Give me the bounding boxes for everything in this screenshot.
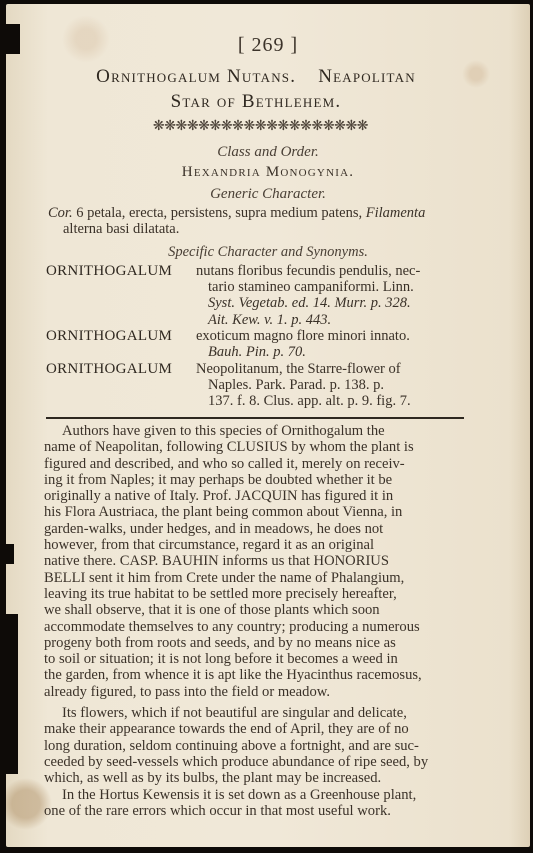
body-line: In the Hortus Kewensis it is set down as… bbox=[44, 787, 464, 803]
body-line: one of the rare errors which occur in th… bbox=[44, 803, 464, 819]
body-paragraph-1: Authors have given to this species of Or… bbox=[44, 423, 464, 700]
body-line: BELLI sent it him from Crete under the n… bbox=[44, 570, 464, 586]
synonym-line: exoticum magno flore minori innato. bbox=[196, 328, 464, 344]
cor-label: Cor. bbox=[48, 205, 73, 221]
body-line: accommodate themselves to any country; p… bbox=[44, 619, 464, 635]
synonym-description: Neopolitanum, the Starre-flower of Naple… bbox=[202, 361, 464, 410]
horizontal-rule bbox=[46, 417, 464, 419]
synonym-genus: ORNITHOGALUM bbox=[46, 328, 172, 344]
synonym-line: Ait. Kew. v. 1. p. 443. bbox=[202, 312, 464, 328]
synonym-genus: ORNITHOGALUM bbox=[46, 263, 172, 279]
generic-heading: Generic Character. bbox=[6, 186, 530, 203]
body-line: ing it from Naples; it may perhaps be do… bbox=[44, 472, 464, 488]
body-line: however, from that circumstance, regard … bbox=[44, 537, 464, 553]
synonym-line: Neopolitanum, the Starre-flower of bbox=[196, 361, 464, 377]
body-line: long duration, seldom continuing above a… bbox=[44, 738, 464, 754]
synonym-entry: ORNITHOGALUM exoticum magno flore minori… bbox=[46, 328, 466, 364]
body-line: we shall observe, that it is one of thos… bbox=[44, 602, 464, 618]
synonym-genus: ORNITHOGALUM bbox=[46, 361, 172, 377]
synonym-line: Naples. Park. Parad. p. 138. p. bbox=[202, 377, 464, 393]
synonym-description: nutans floribus fecundis pendulis, nec- … bbox=[202, 263, 464, 328]
ornament-divider: ❋❋❋❋❋❋❋❋❋❋❋❋❋❋❋❋❋❋❋ bbox=[128, 118, 393, 134]
title-common-1: Neapolitan bbox=[318, 66, 416, 87]
body-line: already figured, to pass into the field … bbox=[44, 684, 464, 700]
body-line: his Flora Austriaca, the plant being com… bbox=[44, 504, 464, 520]
body-line: progeny both from roots and seeds, and b… bbox=[44, 635, 464, 651]
page-title: Ornithogalum Nutans.Neapolitan Star of B… bbox=[36, 64, 476, 114]
torn-edge bbox=[6, 544, 14, 564]
generic-text: 6 petala, erecta, persistens, supra medi… bbox=[73, 205, 366, 221]
synonym-line: 137. f. 8. Clus. app. alt. p. 9. fig. 7. bbox=[202, 393, 464, 409]
body-line: name of Neapolitan, following CLUSIUS by… bbox=[44, 439, 464, 455]
body-line: garden-walks, under hedges, and in meado… bbox=[44, 521, 464, 537]
generic-text-line2: alterna basi dilatata. bbox=[48, 221, 179, 237]
body-line: to soil or situation; it is not long bef… bbox=[44, 651, 464, 667]
synonym-entry: ORNITHOGALUM nutans floribus fecundis pe… bbox=[46, 263, 466, 333]
synonym-line: nutans floribus fecundis pendulis, nec- bbox=[196, 263, 464, 279]
page-number: [ 269 ] bbox=[6, 34, 530, 57]
body-line: originally a native of Italy. Prof. JACQ… bbox=[44, 488, 464, 504]
synonym-line: Syst. Vegetab. ed. 14. Murr. p. 328. bbox=[202, 295, 464, 311]
synonym-description: exoticum magno flore minori innato. Bauh… bbox=[202, 328, 464, 360]
body-line: leaving its true habitat to be settled m… bbox=[44, 586, 464, 602]
body-paragraph-3: In the Hortus Kewensis it is set down as… bbox=[44, 787, 464, 820]
synonym-line: Bauh. Pin. p. 70. bbox=[202, 344, 464, 360]
body-line: figured and described, and who so called… bbox=[44, 456, 464, 472]
filamenta-label: Filamenta bbox=[366, 205, 426, 221]
torn-edge bbox=[6, 614, 18, 774]
body-line: the garden, from whence it is apt like t… bbox=[44, 667, 464, 683]
generic-character: Cor. 6 petala, erecta, persistens, supra… bbox=[48, 205, 458, 237]
specific-heading: Specific Character and Synonyms. bbox=[6, 244, 530, 261]
class-heading: Class and Order. bbox=[6, 144, 530, 161]
body-line: which, as well as by its bulbs, the plan… bbox=[44, 770, 464, 786]
class-value: Hexandria Monogynia. bbox=[6, 164, 530, 181]
book-page: [ 269 ] Ornithogalum Nutans.Neapolitan S… bbox=[6, 4, 530, 847]
body-line: ceeded by seed-vessels which produce abu… bbox=[44, 754, 464, 770]
body-line: Authors have given to this species of Or… bbox=[44, 423, 464, 439]
body-line: native there. CASP. BAUHIN informs us th… bbox=[44, 553, 464, 569]
body-line: Its flowers, which if not beautiful are … bbox=[44, 705, 464, 721]
body-paragraph-2: Its flowers, which if not beautiful are … bbox=[44, 705, 464, 786]
synonym-line: tario staminеo campaniformi. Linn. bbox=[202, 279, 464, 295]
body-line: make their appearance towards the end of… bbox=[44, 721, 464, 737]
synonym-entry: ORNITHOGALUM Neopolitanum, the Starre-fl… bbox=[46, 361, 466, 413]
title-latin: Ornithogalum Nutans. bbox=[96, 66, 296, 87]
title-common-2: Star of Bethlehem. bbox=[171, 91, 342, 112]
